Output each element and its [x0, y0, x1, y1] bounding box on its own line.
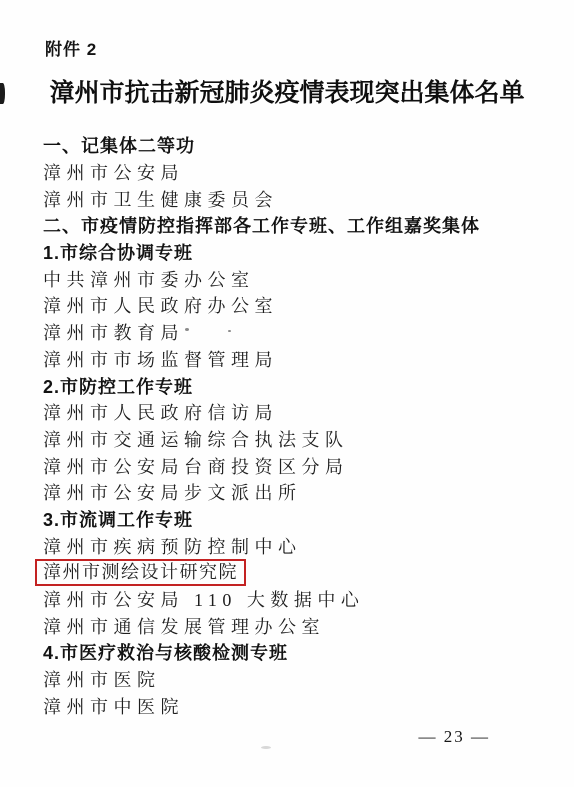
- list-item: 漳州市公安局 110 大数据中心: [43, 586, 574, 613]
- list-item: 漳州市人民政府办公室: [43, 292, 574, 319]
- subsection-heading: 3.市流调工作专班: [43, 506, 574, 533]
- scan-speck: [228, 330, 231, 332]
- list-item: 中共漳州市委办公室: [43, 265, 574, 292]
- document-title: 漳州市抗击新冠肺炎疫情表现突出集体名单: [0, 73, 574, 109]
- subsection-heading: 1.市综合协调专班: [43, 239, 574, 266]
- highlighted-list-item: 漳州市测绘设计研究院: [43, 559, 574, 586]
- list-item: 漳州市教育局: [43, 319, 574, 346]
- list-item: 漳州市市场监督管理局: [43, 346, 574, 373]
- list-item: 漳州市公安局步文派出所: [43, 479, 574, 506]
- list-item: 漳州市中医院: [43, 692, 574, 719]
- award-list: 一、记集体二等功漳州市公安局漳州市卫生健康委员会二、市疫情防控指挥部各工作专班、…: [43, 132, 574, 719]
- subsection-heading: 4.市医疗救治与核酸检测专班: [43, 639, 574, 666]
- list-item: 漳州市人民政府信访局: [43, 399, 574, 426]
- attachment-label: 附件 2: [45, 35, 97, 60]
- scan-edge-artifact: [0, 83, 5, 104]
- document-page: 附件 2 漳州市抗击新冠肺炎疫情表现突出集体名单 一、记集体二等功漳州市公安局漳…: [0, 0, 574, 787]
- section-heading: 二、市疫情防控指挥部各工作专班、工作组嘉奖集体: [43, 212, 574, 239]
- list-item: 漳州市公安局台商投资区分局: [43, 452, 574, 479]
- section-heading: 一、记集体二等功: [43, 132, 574, 159]
- scan-speck: [261, 746, 271, 749]
- list-item: 漳州市公安局: [43, 159, 574, 186]
- list-item: 漳州市交通运输综合执法支队: [43, 426, 574, 453]
- subsection-heading: 2.市防控工作专班: [43, 372, 574, 399]
- page-number: — 23 —: [419, 727, 491, 747]
- list-item: 漳州市通信发展管理办公室: [43, 612, 574, 639]
- list-item: 漳州市疾病预防控制中心: [43, 532, 574, 559]
- highlight-box: 漳州市测绘设计研究院: [35, 559, 246, 586]
- scan-speck: [185, 328, 189, 331]
- list-item: 漳州市卫生健康委员会: [43, 185, 574, 212]
- list-item: 漳州市医院: [43, 666, 574, 693]
